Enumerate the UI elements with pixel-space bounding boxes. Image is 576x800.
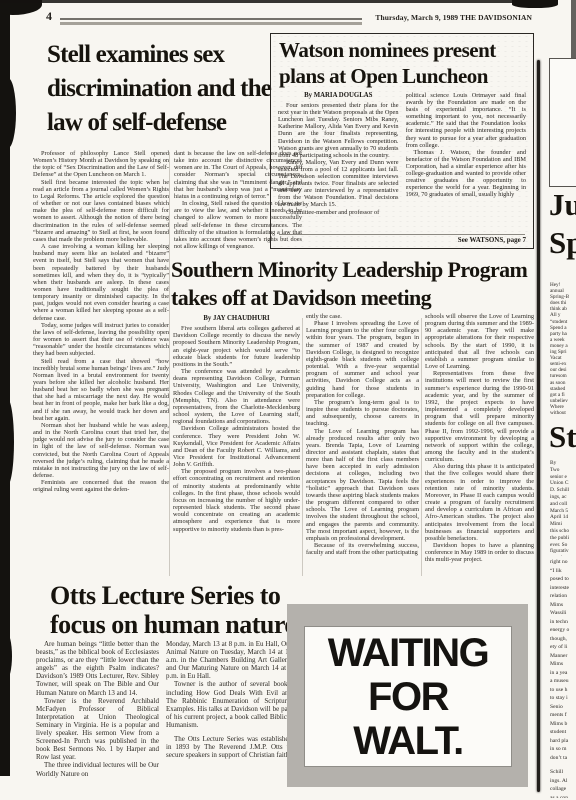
minority-byline: By JAY CHAUDHURI [173,315,300,322]
text-line: takes off at Davidson meeting [171,284,539,312]
newspaper-page: 4 Thursday, March 9, 1989 THE DAVIDSONIA… [0,0,576,800]
text-line: “I lik [550,567,576,576]
text-line: Davidson College administrators hosted t… [173,425,300,468]
cut-off-text-2: ByTwosenior eUnion CD. Schillings, acand… [550,460,576,556]
text-line: Towner is the Reverend Archibald McFadye… [36,697,159,762]
text-line: ments f [550,711,576,720]
watson-article-column-2: political science Louis Ortmayer said fi… [406,92,527,228]
stell-article-column-1: Professor of philosophy Lance Stell open… [33,150,169,576]
text-line: April 14 [550,514,576,521]
column-rule [169,152,170,576]
text-line: Feminists are concerned that the reason … [33,479,169,493]
text-line: Union C [550,480,576,487]
text-line: Watson nominees present [279,37,527,63]
stell-article-headline: Stell examines sexdiscrimination and the… [47,38,303,140]
text-line: Senio [550,703,576,712]
text-line: collage [550,785,576,794]
text-line: menting [550,555,576,556]
text-line: Towner is the author of several books, i… [166,680,292,729]
text-line: Wassili [550,609,576,618]
text-line: don’t ta [550,754,576,763]
text-line: Davidson hopes to have a planning confer… [425,542,534,563]
text-line: WALT. [353,719,463,763]
watson-col1-text: Four seniors presented their plans for t… [278,102,399,216]
text-line: The program’s long-term goal is to inspi… [306,399,419,428]
text-line: By [550,460,576,467]
masthead-dateline: Thursday, March 9, 1989 THE DAVIDSONIAN [352,13,532,22]
watson-article-box: Watson nominees presentplans at Open Lun… [270,33,534,249]
text-line: as a con [550,794,576,799]
text-line: and coll [550,501,576,508]
text-line: The conference was attended by academic … [173,368,300,425]
text-line: The three individual lectures will be Ou… [36,761,159,777]
text-line: this scho [550,528,576,535]
page-gutter-line [537,60,540,792]
text-line: ety of li [550,643,576,652]
otts-article-column-2: Monday, March 13 at 8 p.m. in Eu Hall, O… [166,640,292,795]
text-line: Sp [549,224,576,262]
text-line: A case involving a woman killing her sle… [33,243,169,322]
text-line: intereste [550,584,576,593]
text-line: Because of its overwhelming success, fac… [306,542,419,556]
text-line: Four seniors presented their plans for t… [278,102,399,159]
cut-off-right-column: JuSp Hey!annualSpring-Bdoes thithink abA… [545,0,576,800]
minority-article-headline: Southern Minority Leadership Programtake… [171,256,539,312]
text-line: discrimination and the [47,72,303,106]
watson-article-headline: Watson nominees presentplans at Open Lun… [279,37,527,89]
text-line: law of self-defense [47,106,303,140]
text-line: D. Schill [550,487,576,494]
jump-line-rule [279,234,525,235]
text-line: energy o [550,626,576,635]
text-line: political science Louis Ortmayer said fi… [406,92,527,149]
text-line: Two [550,467,576,474]
text-line: The proposed program involves a two-phas… [173,468,300,532]
text-line: Are human beings “little better than the… [36,640,159,697]
watson-jump-line: See WATSONS, page 7 [458,236,526,244]
text-line: Mims [550,660,576,669]
text-line: Schill [550,768,576,777]
text-line: relation [550,592,576,601]
cut-off-photo-box [549,58,576,187]
scan-blob [0,78,16,148]
text-line: hard pla [550,737,576,746]
text-line: to use h [550,686,576,695]
cut-off-text-1: Hey!annualSpring-Bdoes thithink abAll y“… [550,282,576,416]
text-line: Norman shot her husband while he was asl… [33,422,169,479]
text-line: plans at Open Luncheon [279,63,527,89]
otts-article-column-1: Are human beings “little better than the… [36,640,159,795]
text-line: Mimi [550,521,576,528]
text-line: March 5 [550,508,576,515]
text-line: FOR [368,675,448,719]
text-line: Representatives from these five institut… [425,370,534,463]
text-line: in techn [550,618,576,627]
page-number: 4 [46,9,52,24]
text-line: Raney, Mallory, Van Every and Dunn were … [278,159,399,209]
text-line: ently the case. [306,313,419,320]
text-line: senior e [550,474,576,481]
minority-article-column-2: ently the case.Phase I involves spreadin… [306,313,419,578]
text-line: right no [550,558,576,567]
text-line: a museu [550,677,576,686]
cut-off-text-3: right no“I likposed tointeresterelationM… [550,558,576,798]
text-line: Stell first became interested the topic … [33,179,169,243]
text-line: posed to [550,575,576,584]
text-line: Phase I involves spreading the Love of L… [306,320,419,399]
text-line: Today, some judges will instruct juries … [33,322,169,358]
ad-text-panel: WAITINGFORWALT. [304,626,512,767]
text-line: Stell examines sex [47,38,303,72]
text-line: Also during this phase it is anticipated… [425,463,534,542]
text-line: Professor of philosophy Lance Stell open… [33,150,169,179]
header-rule [60,18,362,22]
text-line: figurativ [550,548,576,555]
column-rule [302,318,303,576]
text-line: Monday, March 13 at 8 p.m. in Eu Hall, O… [166,640,292,680]
text-line: Manner [550,652,576,661]
minority-article-column-1: By JAY CHAUDHURI Five southern liberal a… [173,315,300,578]
text-line: student [550,728,576,737]
text-line: Ju [549,186,576,224]
text-line: The Otts Lecture Series was established … [166,735,292,759]
text-line: ings, ac [550,494,576,501]
text-line: Mims [550,601,576,610]
scan-blob [0,398,14,486]
text-line: Southern Minority Leadership Program [171,256,539,284]
text-line: Committee-member and professor of [278,209,399,216]
text-line: Thomas J. Watson, the founder and benefa… [406,149,527,199]
text-line: though, [550,635,576,644]
watson-article-body: By MARIA DOUGLAS Four seniors presented … [278,92,526,228]
text-line: in a yea [550,669,576,678]
column-rule [421,318,422,576]
text-line: Mims b [550,720,576,729]
text-line: The Love of Learning program has already… [306,428,419,543]
cut-off-headline-1: JuSp [549,186,576,262]
text-line: in so m [550,745,576,754]
text-line: to stay i [550,694,576,703]
watson-article-column-1: By MARIA DOUGLAS Four seniors presented … [278,92,399,228]
text-line: Five southern liberal arts colleges gath… [173,325,300,368]
text-line: Stell read from a case that showed “how … [33,358,169,422]
text-line: the publi [550,535,576,542]
scan-blob [0,632,12,680]
minority-col1-text: Five southern liberal arts colleges gath… [173,325,300,533]
watson-byline: By MARIA DOUGLAS [278,92,399,99]
text-line: ings. Al [550,777,576,786]
text-line: WAITING [328,631,489,675]
text-line: schools will observe the Love of Learnin… [425,313,534,370]
minority-article-column-3: schools will observe the Love of Learnin… [425,313,534,578]
cut-off-headline-2: St [549,418,576,456]
scan-edge-top [0,0,556,3]
waiting-for-walt-ad: WAITINGFORWALT. [287,604,528,787]
